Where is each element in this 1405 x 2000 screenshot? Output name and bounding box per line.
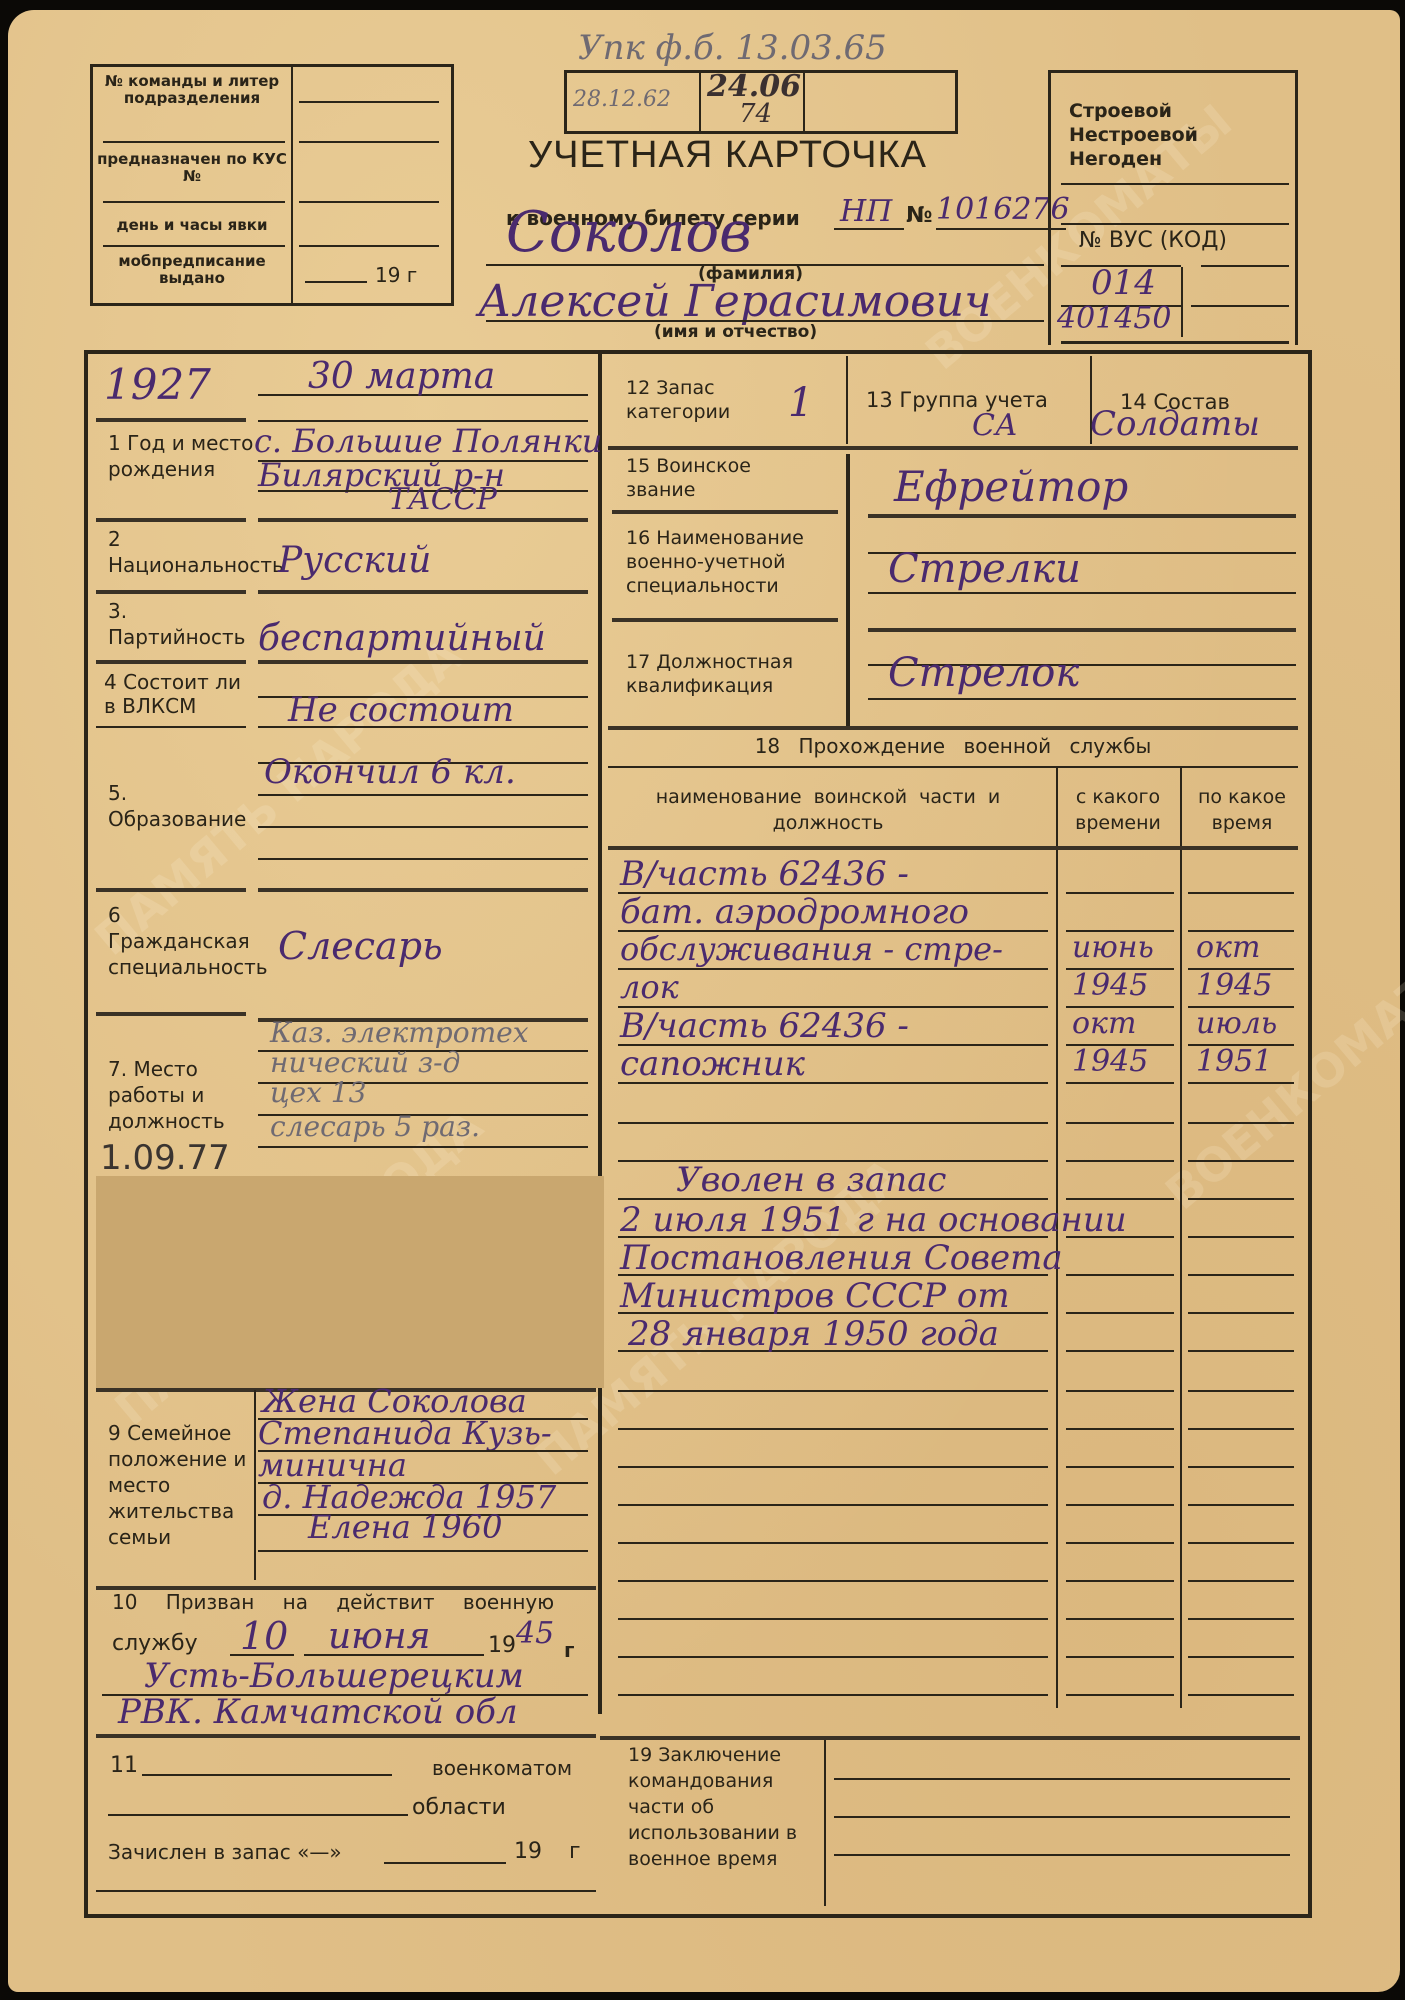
accounting-group-label: 13 Группа учета — [866, 390, 1048, 410]
service-row1-unit-line2: бат. аэродромного — [620, 892, 969, 932]
service-col-unit: наименование воинской части и должность — [618, 784, 1038, 836]
oblast-label: области — [412, 1798, 506, 1818]
qualification-value: Стрелок — [888, 650, 1079, 696]
service-row1-unit-line3: обслуживания - стре- — [620, 930, 1003, 968]
service-row1-unit-line4: лок — [620, 968, 679, 1006]
stamp-sub: 74 — [739, 99, 772, 129]
appearance-label: день и часы явки — [93, 215, 291, 235]
stamp-date-left: 28.12.62 — [573, 87, 671, 112]
called-up-year-prefix: 19 — [488, 1636, 516, 1656]
called-up-by-line1: Усть-Большерецким — [144, 1656, 524, 1696]
service-row1-to-month: окт — [1196, 930, 1260, 965]
service-title: 18 Прохождение военной службы — [608, 736, 1298, 756]
komsomol-value: Не состоит — [288, 690, 514, 730]
service-row2-unit-line2: сапожник — [620, 1044, 805, 1084]
enlisted-label: Зачислен в запас «—» — [108, 1842, 342, 1862]
kus-label: предназначен по КУС № — [93, 151, 291, 185]
workplace-date-note: 1.09.77 — [100, 1138, 230, 1178]
specialty-label: 16 Наименование военно-учетной специальн… — [626, 526, 846, 598]
workplace-line3: цех 13 — [270, 1076, 366, 1109]
komsomol-label: 4 Состоит ли в ВЛКСМ — [104, 670, 254, 718]
party-value: беспартийный — [258, 618, 546, 659]
service-col-to: по какое время — [1182, 784, 1302, 836]
fitness-option-2: Нестроевой — [1069, 123, 1198, 147]
enlisted-year: 19 г — [514, 1842, 581, 1862]
redacted-block — [96, 1176, 604, 1388]
mob-order-year: 19 г — [375, 265, 417, 285]
family-line5: Елена 1960 — [308, 1508, 502, 1546]
birth-date: 30 марта — [308, 356, 495, 397]
voenkomat-label: военкоматом — [432, 1758, 572, 1778]
stamp-box: 28.12.62 24.06 74 — [564, 70, 958, 134]
party-label: 3. Партийность — [108, 598, 238, 650]
birth-place-line1: с. Большие Полянки — [254, 422, 602, 460]
surname: Соколов — [506, 200, 752, 265]
birth-year: 1927 — [104, 360, 211, 409]
reserve-number: 11 — [110, 1756, 138, 1776]
top-right-box: Строевой Нестроевой Негоден № ВУС (КОД) … — [1048, 70, 1298, 345]
called-up-year: 45 — [516, 1616, 554, 1651]
birth-label: 1 Год и место рождения — [108, 430, 258, 482]
record-card: ПАМЯТЬ НАРОДА ПАМЯТЬ НАРОДА ПАМЯТЬ НАРОД… — [8, 10, 1400, 1992]
mob-order-label: мобпредписание выдано — [93, 253, 291, 287]
called-up-day: 10 — [240, 1614, 288, 1658]
civil-specialty-label: 6 Гражданская специальность — [108, 902, 238, 980]
birth-place-line3: ТАССР — [388, 482, 497, 517]
nationality-label: 2 Национальность — [108, 526, 248, 578]
qualification-label: 17 Должностная квалификация — [626, 650, 846, 698]
service-row1-from-year: 1945 — [1072, 968, 1148, 1003]
fitness-option-1: Строевой — [1069, 99, 1172, 123]
reserve-category-value: 1 — [788, 380, 813, 426]
workplace-label: 7. Место работы и должность — [108, 1056, 238, 1134]
workplace-line4: слесарь 5 раз. — [270, 1110, 480, 1143]
service-row2-to-year: 1951 — [1196, 1044, 1272, 1079]
discharge-line2: 2 июля 1951 г на основании — [620, 1200, 1127, 1240]
education-label: 5. Образование — [108, 780, 238, 832]
conclusion-label: 19 Заключение командования части об испо… — [628, 1742, 818, 1872]
called-up-by-line2: РВК. Камчатской обл — [118, 1692, 518, 1732]
top-left-box: № команды и литер подразделения предназн… — [90, 64, 454, 306]
service-col-from: с какого времени — [1058, 784, 1178, 836]
service-row2-unit-line1: В/часть 62436 - — [620, 1006, 909, 1046]
workplace-line2: нический з-д — [270, 1046, 460, 1079]
service-row2-to-month: июль — [1196, 1006, 1277, 1041]
rank-label: 15 Воинское звание — [626, 454, 826, 502]
vus-label: № ВУС (КОД) — [1079, 231, 1227, 251]
called-up-label: 10 Призван на действит военную — [112, 1592, 554, 1612]
team-number-label: № команды и литер подразделения — [93, 73, 291, 107]
pencil-note: Упк ф.б. 13.03.65 — [578, 28, 887, 68]
service-row2-from-year: 1945 — [1072, 1044, 1148, 1079]
workplace-line1: Каз. электротех — [270, 1016, 528, 1049]
specialty-value: Стрелки — [888, 546, 1081, 592]
vus-value: 014 — [1091, 263, 1156, 303]
service-row2-from-month: окт — [1072, 1006, 1136, 1041]
discharge-line5: 28 января 1950 года — [628, 1314, 999, 1354]
composition-value: Солдаты — [1090, 404, 1260, 444]
reserve-category-label: 12 Запас категории — [626, 376, 746, 424]
service-row1-to-year: 1945 — [1196, 968, 1272, 1003]
ticket-series: НП — [840, 194, 892, 229]
called-up-service-label: службу — [112, 1634, 198, 1654]
accounting-group-value: СА — [972, 408, 1018, 443]
service-row1-unit-line1: В/часть 62436 - — [620, 854, 909, 894]
education-value: Окончил 6 кл. — [264, 752, 516, 792]
called-up-year-g: г — [564, 1640, 574, 1660]
discharge-line3: Постановления Совета — [620, 1238, 1063, 1278]
civil-specialty-value: Слесарь — [278, 924, 443, 968]
service-row1-from-month: июнь — [1072, 930, 1154, 965]
fitness-option-3: Негоден — [1069, 147, 1162, 171]
rank-value: Ефрейтор — [894, 462, 1128, 511]
vus-code: 401450 — [1057, 301, 1172, 336]
number-sign: № — [906, 206, 932, 226]
family-label: 9 Семейное положение и место жительства … — [108, 1420, 258, 1550]
page-title: УЧЕТНАЯ КАРТОЧКА — [528, 134, 927, 177]
discharge-line1: Уволен в запас — [676, 1160, 946, 1200]
nationality-value: Русский — [278, 540, 431, 581]
name-caption: (имя и отчество) — [654, 322, 817, 342]
called-up-month: июня — [328, 1616, 430, 1657]
discharge-line4: Министров СССР от — [620, 1276, 1010, 1316]
